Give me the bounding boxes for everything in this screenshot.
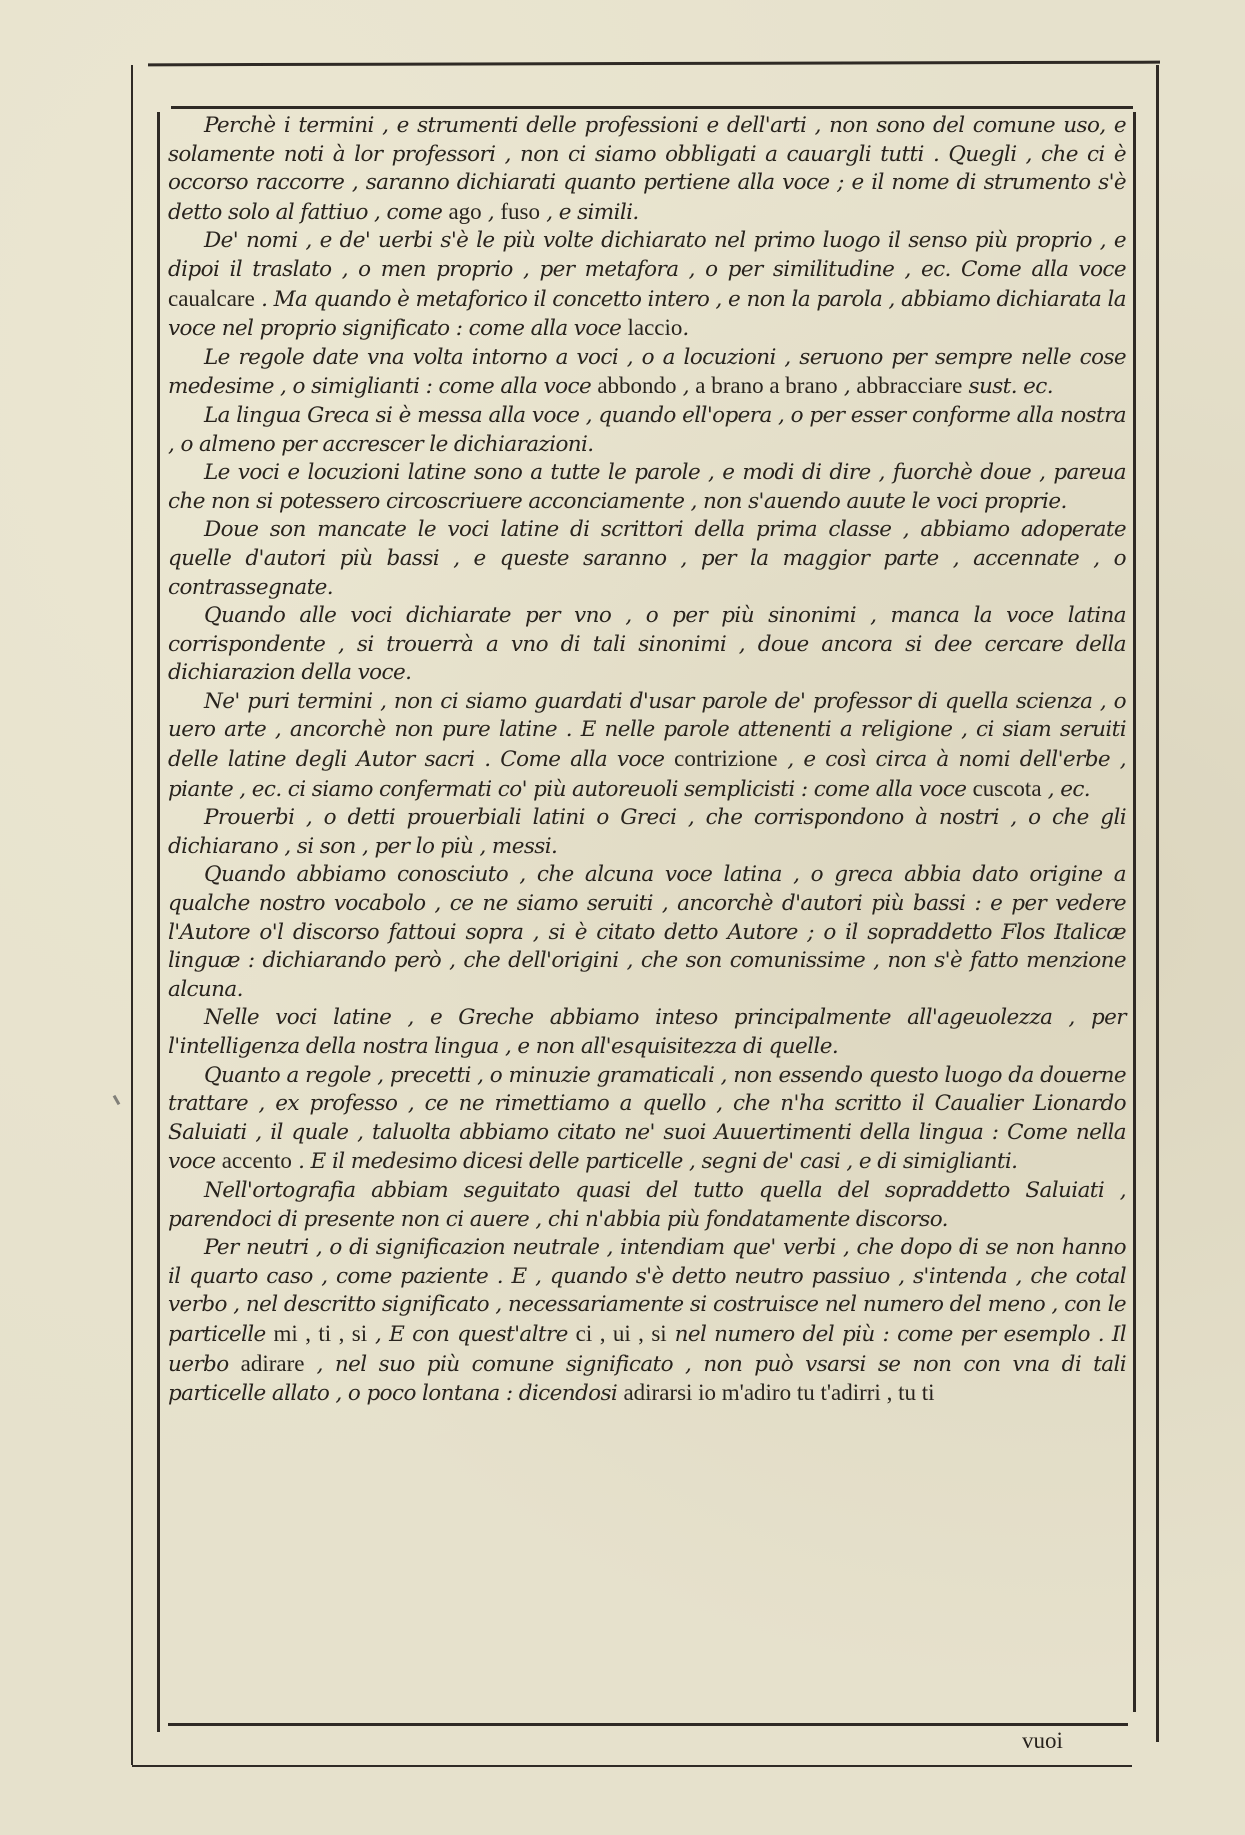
paragraph: Quando abbiamo conosciuto , che alcuna v… — [168, 861, 1126, 1004]
paragraph: Nelle voci latine , e Greche abbiamo int… — [168, 1004, 1126, 1061]
text-run: Doue son mancate le voci latine di scrit… — [168, 517, 1126, 599]
headword-reference: abbondo — [597, 373, 676, 398]
inner-frame-top-rule — [171, 106, 1133, 109]
headword-reference: ago — [448, 199, 481, 224]
text-run: , E con quest'altre — [367, 1322, 576, 1347]
text-run: Quando alle voci dichiarate per vno , o … — [168, 603, 1126, 685]
text-run: Quando abbiamo conosciuto , che alcuna v… — [168, 862, 1126, 1001]
headword-reference: contrizione — [674, 746, 777, 771]
paragraph: Doue son mancate le voci latine di scrit… — [168, 516, 1126, 602]
text-run: , e simili. — [540, 200, 639, 225]
paragraph: Le voci e locuzioni latine sono a tutte … — [168, 459, 1126, 516]
headword-reference: ci , ui , si — [576, 1321, 667, 1346]
text-run: La lingua Greca si è messa alla voce , q… — [168, 403, 1126, 457]
paragraph: Ne' puri termini , non ci siamo guardati… — [168, 688, 1126, 804]
paragraph: Quanto a regole , precetti , o minuzie g… — [168, 1062, 1126, 1177]
inner-frame-right-rule — [1133, 112, 1136, 1712]
paragraph: La lingua Greca si è messa alla voce , q… — [168, 402, 1126, 459]
headword-reference: cuscota — [973, 776, 1042, 801]
headword-reference: a brano a brano — [695, 373, 837, 398]
paragraph: Prouerbi , o detti prouerbiali latini o … — [168, 804, 1126, 861]
paragraph: De' nomi , e de' uerbi s'è le più volte … — [168, 227, 1126, 343]
headword-reference: adirarsi io m'adiro tu t'adirri , tu ti — [623, 1380, 934, 1405]
ink-mark — [113, 1095, 121, 1105]
inner-frame-left-rule — [157, 112, 160, 1732]
outer-frame-top-rule — [148, 61, 1160, 67]
headword-reference: laccio — [627, 315, 682, 340]
text-run: , — [677, 374, 696, 399]
text-run: , — [482, 200, 501, 225]
paragraph: Le regole date vna volta intorno a voci … — [168, 344, 1126, 402]
text-run: Prouerbi , o detti prouerbiali latini o … — [168, 805, 1126, 859]
book-page: Perchè i termini , e strumenti delle pro… — [0, 0, 1245, 1835]
text-run: , ec. — [1042, 777, 1091, 802]
paragraph: Nell'ortografia abbiam seguitato quasi d… — [168, 1177, 1126, 1234]
paragraph: Quando alle voci dichiarate per vno , o … — [168, 602, 1126, 688]
outer-frame-right-rule — [1156, 65, 1159, 1742]
headword-reference: mi , ti , si — [274, 1321, 368, 1346]
headword-reference: adirare — [241, 1351, 305, 1376]
paragraph: Per neutri , o di significazion neutrale… — [168, 1234, 1126, 1409]
text-run: Nell'ortografia abbiam seguitato quasi d… — [168, 1178, 1126, 1232]
outer-frame-left-rule — [131, 65, 133, 1765]
text-run: , — [838, 374, 857, 399]
outer-frame-bottom-rule — [132, 1765, 1132, 1767]
paragraph: Perchè i termini , e strumenti delle pro… — [168, 112, 1126, 227]
text-run: Perchè i termini , e strumenti delle pro… — [168, 113, 1126, 225]
inner-frame-bottom-rule — [168, 1723, 1128, 1726]
headword-reference: fuso — [500, 199, 540, 224]
text-run: Le voci e locuzioni latine sono a tutte … — [168, 460, 1126, 514]
text-run: De' nomi , e de' uerbi s'è le più volte … — [168, 228, 1126, 282]
body-text: Perchè i termini , e strumenti delle pro… — [168, 112, 1126, 1409]
text-run: . E il medesimo dicesi delle particelle … — [292, 1149, 1017, 1174]
text-run: . — [682, 316, 688, 341]
catchword: vuoi — [1022, 1728, 1063, 1754]
headword-reference: accento — [222, 1148, 292, 1173]
text-run: sust. ec. — [962, 374, 1053, 399]
text-run: Nelle voci latine , e Greche abbiamo int… — [168, 1005, 1126, 1059]
headword-reference: caualcare — [168, 286, 255, 311]
headword-reference: abbracciare — [856, 373, 962, 398]
